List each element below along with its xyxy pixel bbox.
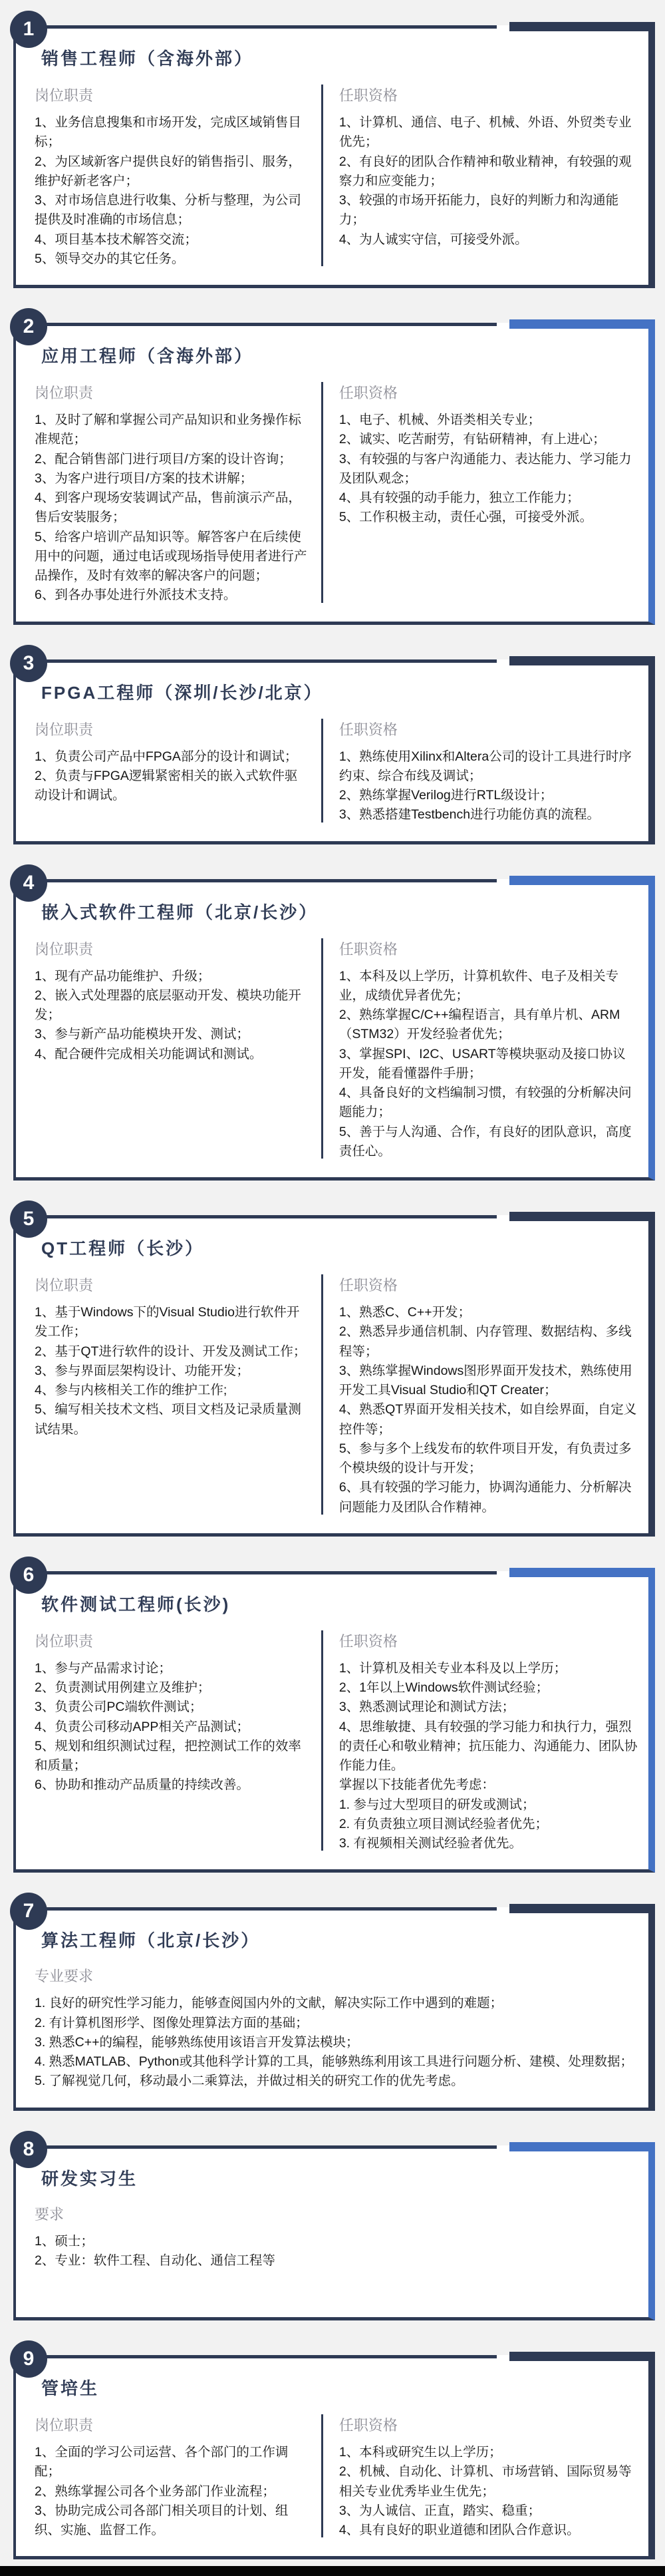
- list-item: 2、1年以上Windows软件测试经验；: [339, 1678, 638, 1698]
- list-item: 4. 熟悉MATLAB、Python或其他科学计算的工具，能够熟练利用该工具进行…: [35, 2052, 638, 2072]
- list-item: 4、参与内核相关工作的维护工作;: [35, 1381, 311, 1400]
- list-item: 4、熟悉QT界面开发相关技术，如自绘界面，自定义控件等；: [339, 1400, 638, 1439]
- job-number-badge: 7: [10, 1893, 47, 1930]
- list-item: 4、到客户现场安装调试产品，售前演示产品，售后安装服务；: [35, 488, 311, 528]
- list-item: 1、熟悉C、C++开发；: [339, 1303, 638, 1322]
- job-card-2: 2 应用工程师（含海外部） 岗位职责 1、及时了解和掌握公司产品知识和业务操作标…: [13, 323, 655, 625]
- duties-list: 1、全面的学习公司运营、各个部门的工作调配；2、熟练掌握公司各个业务部门作业流程…: [35, 2443, 311, 2540]
- list-item: 1. 良好的研究性学习能力，能够查阅国内外的文献，解决实际工作中遇到的难题；: [35, 1994, 638, 2013]
- duties-column: 岗位职责 1、参与产品需求讨论；2、负责测试用例建立及维护；3、负责公司PC端软…: [35, 1629, 321, 1854]
- list-item: 3、较强的市场开拓能力，良好的判断力和沟通能力；: [339, 191, 638, 230]
- list-item: 1、本科及以上学历，计算机软件、电子及相关专业，成绩优异者优先；: [339, 967, 638, 1006]
- column-header: 岗位职责: [35, 1630, 311, 1651]
- top-accent-bar: [509, 1212, 655, 1221]
- list-item: 3、熟悉搭建Testbench进行功能仿真的流程。: [339, 805, 638, 825]
- list-item: 4、思维敏捷、具有较强的学习能力和执行力，强烈的责任心和敬业精神；抗压能力、沟通…: [339, 1718, 638, 1776]
- list-item: 2、配合销售部门进行项目/方案的设计咨询；: [35, 450, 311, 469]
- job-card-7: 7 算法工程师（北京/长沙） 专业要求 1. 良好的研究性学习能力，能够查阅国内…: [13, 1907, 655, 2110]
- job-card-8: 8 研发实习生 要求 1、硕士；2、专业：软件工程、自动化、通信工程等: [13, 2145, 655, 2321]
- qualifications-list: 1、本科或研究生以上学历；2、机械、自动化、计算机、市场营销、国际贸易等相关专业…: [339, 2443, 638, 2540]
- list-item: 2. 有计算机图形学、图像处理算法方面的基础；: [35, 2014, 638, 2033]
- qualifications-list: 1、熟练使用Xilinx和Altera公司的设计工具进行时序约束、综合布线及调试…: [339, 747, 638, 825]
- job-title: 管培生: [41, 2375, 638, 2400]
- list-item: 2、负责测试用例建立及维护；: [35, 1678, 311, 1698]
- list-item: 1、电子、机械、外语类相关专业；: [339, 411, 638, 430]
- job-card-4: 4 嵌入式软件工程师（北京/长沙） 岗位职责 1、现有产品功能维护、升级；2、嵌…: [13, 879, 655, 1181]
- job-number-badge: 1: [10, 11, 47, 48]
- column-header: 岗位职责: [35, 1274, 311, 1295]
- list-item: 4、为人诚实守信，可接受外派。: [339, 230, 638, 250]
- job-body: 岗位职责 1、全面的学习公司运营、各个部门的工作调配；2、熟练掌握公司各个业务部…: [35, 2413, 638, 2540]
- requirements-list: 1. 良好的研究性学习能力，能够查阅国内外的文献，解决实际工作中遇到的难题；2.…: [35, 1994, 638, 2091]
- list-item: 4、具有较强的动手能力，独立工作能力；: [339, 488, 638, 508]
- list-item: 2. 有负责独立项目测试经验者优先；: [339, 1815, 638, 1834]
- list-item: 5、工作积极主动，责任心强，可接受外派。: [339, 508, 638, 527]
- job-number-badge: 6: [10, 1557, 47, 1594]
- list-item: 4、具有良好的职业道德和团队合作意识。: [339, 2521, 638, 2540]
- column-header: 任职资格: [339, 1274, 638, 1295]
- qualifications-column: 任职资格 1、熟悉C、C++开发；2、熟悉异步通信机制、内存管理、数据结构、多线…: [323, 1273, 638, 1517]
- top-accent-bar: [509, 1904, 655, 1913]
- list-item: 4、配合硬件完成相关功能调试和测试。: [35, 1045, 311, 1064]
- list-item: 1、业务信息搜集和市场开发，完成区域销售目标；: [35, 113, 311, 152]
- list-item: 6、协助和推动产品质量的持续改善。: [35, 1775, 311, 1795]
- job-title: 算法工程师（北京/长沙）: [41, 1927, 638, 1952]
- list-item: 4、负责公司移动APP相关产品测试；: [35, 1718, 311, 1737]
- job-title: 销售工程师（含海外部）: [41, 45, 638, 70]
- qualifications-list: 1、计算机、通信、电子、机械、外语、外贸类专业优先；2、有良好的团队合作精神和敬…: [339, 113, 638, 250]
- duties-column: 岗位职责 1、全面的学习公司运营、各个部门的工作调配；2、熟练掌握公司各个业务部…: [35, 2413, 321, 2540]
- column-header: 岗位职责: [35, 85, 311, 105]
- qualifications-column: 任职资格 1、熟练使用Xilinx和Altera公司的设计工具进行时序约束、综合…: [323, 717, 638, 825]
- job-card-1: 1 销售工程师（含海外部） 岗位职责 1、业务信息搜集和市场开发，完成区域销售目…: [13, 25, 655, 288]
- column-header: 岗位职责: [35, 382, 311, 403]
- column-header: 任职资格: [339, 719, 638, 739]
- list-item: 3. 有视频相关测试经验者优先。: [339, 1834, 638, 1853]
- job-number-badge: 9: [10, 2340, 47, 2378]
- list-item: 3、参与新产品功能模块开发、测试；: [35, 1025, 311, 1044]
- list-item: 1、及时了解和掌握公司产品知识和业务操作标准规范；: [35, 411, 311, 450]
- list-item: 2、有良好的团队合作精神和敬业精神，有较强的观察力和应变能力；: [339, 152, 638, 192]
- job-body: 岗位职责 1、业务信息搜集和市场开发，完成区域销售目标；2、为区域新客户提供良好…: [35, 83, 638, 269]
- list-item: 2、基于QT进行软件的设计、开发及测试工作；: [35, 1342, 311, 1362]
- job-number-badge: 4: [10, 864, 47, 902]
- column-header: 任职资格: [339, 2414, 638, 2435]
- duties-list: 1、负责公司产品中FPGA部分的设计和调试；2、负责与FPGA逻辑紧密相关的嵌入…: [35, 747, 311, 806]
- job-body: 岗位职责 1、参与产品需求讨论；2、负责测试用例建立及维护；3、负责公司PC端软…: [35, 1629, 638, 1854]
- job-card-3: 3 FPGA工程师（深圳/长沙/北京） 岗位职责 1、负责公司产品中FPGA部分…: [13, 659, 655, 844]
- duties-list: 1、业务信息搜集和市场开发，完成区域销售目标；2、为区域新客户提供良好的销售指引…: [35, 113, 311, 269]
- top-accent-bar: [509, 876, 655, 885]
- list-item: 2、熟练掌握C/C++编程语言，具有单片机、ARM（STM32）开发经验者优先；: [339, 1006, 638, 1045]
- job-body: 岗位职责 1、及时了解和掌握公司产品知识和业务操作标准规范；2、配合销售部门进行…: [35, 381, 638, 606]
- list-item: 5、编写相关技术文档、项目文档及记录质量测试结果。: [35, 1400, 311, 1439]
- job-number-badge: 5: [10, 1200, 47, 1238]
- top-accent-bar: [509, 656, 655, 665]
- list-item: 3、有较强的与客户沟通能力、表达能力、学习能力及团队观念；: [339, 450, 638, 489]
- duties-column: 岗位职责 1、及时了解和掌握公司产品知识和业务操作标准规范；2、配合销售部门进行…: [35, 381, 321, 606]
- list-item: 1、负责公司产品中FPGA部分的设计和调试；: [35, 747, 311, 767]
- list-item: 1、现有产品功能维护、升级；: [35, 967, 311, 986]
- duties-list: 1、基于Windows下的Visual Studio进行软件开发工作；2、基于Q…: [35, 1303, 311, 1439]
- job-body: 岗位职责 1、现有产品功能维护、升级；2、嵌入式处理器的底层驱动开发、模块功能开…: [35, 937, 638, 1162]
- job-body: 岗位职责 1、基于Windows下的Visual Studio进行软件开发工作；…: [35, 1273, 638, 1517]
- column-header: 岗位职责: [35, 719, 311, 739]
- job-title: 嵌入式软件工程师（北京/长沙）: [41, 899, 638, 924]
- requirements-list: 1、硕士；2、专业：软件工程、自动化、通信工程等: [35, 2232, 638, 2271]
- list-item: 2、负责与FPGA逻辑紧密相关的嵌入式软件驱动设计和调试。: [35, 767, 311, 806]
- duties-list: 1、及时了解和掌握公司产品知识和业务操作标准规范；2、配合销售部门进行项目/方案…: [35, 411, 311, 606]
- duties-column: 岗位职责 1、基于Windows下的Visual Studio进行软件开发工作；…: [35, 1273, 321, 1517]
- list-item: 5、给客户培训产品知识等。解答客户在后续使用中的问题，通过电话或现场指导使用者进…: [35, 528, 311, 586]
- list-item: 3. 熟悉C++的编程，能够熟练使用该语言开发算法模块；: [35, 2033, 638, 2052]
- list-item: 5. 了解视觉几何，移动最小二乘算法，并做过相关的研究工作的优先考虑。: [35, 2072, 638, 2091]
- list-item: 1、全面的学习公司运营、各个部门的工作调配；: [35, 2443, 311, 2482]
- job-title: FPGA工程师（深圳/长沙/北京）: [41, 679, 638, 704]
- list-item: 2、专业：软件工程、自动化、通信工程等: [35, 2251, 638, 2271]
- requirements-column: 专业要求 1. 良好的研究性学习能力，能够查阅国内外的文献，解决实际工作中遇到的…: [35, 1965, 638, 2091]
- list-item: 2、熟练掌握公司各个业务部门作业流程；: [35, 2482, 311, 2501]
- qualifications-column: 任职资格 1、计算机及相关专业本科及以上学历；2、1年以上Windows软件测试…: [323, 1629, 638, 1854]
- job-title: 研发实习生: [41, 2165, 638, 2190]
- qualifications-list: 1、电子、机械、外语类相关专业；2、诚实、吃苦耐劳，有钻研精神，有上进心；3、有…: [339, 411, 638, 528]
- list-item: 2、熟练掌握Verilog进行RTL级设计；: [339, 786, 638, 805]
- column-header: 岗位职责: [35, 938, 311, 959]
- list-item: 4、具备良好的文档编制习惯，有较强的分析解决问题能力；: [339, 1083, 638, 1123]
- list-item: 1、计算机及相关专业本科及以上学历；: [339, 1659, 638, 1678]
- list-item: 1、本科或研究生以上学历；: [339, 2443, 638, 2462]
- top-accent-bar: [509, 2352, 655, 2361]
- list-item: 6、具有较强的学习能力，协调沟通能力、分析解决问题能力及团队合作精神。: [339, 1478, 638, 1517]
- column-header: 任职资格: [339, 938, 638, 959]
- list-item: 6、到各办事处进行外派技术支持。: [35, 586, 311, 605]
- list-item: 1、基于Windows下的Visual Studio进行软件开发工作；: [35, 1303, 311, 1342]
- duties-list: 1、参与产品需求讨论；2、负责测试用例建立及维护；3、负责公司PC端软件测试；4…: [35, 1659, 311, 1795]
- job-title: 软件测试工程师(长沙): [41, 1591, 638, 1616]
- column-header: 任职资格: [339, 1630, 638, 1651]
- column-header: 要求: [35, 2203, 638, 2224]
- list-item: 掌握以下技能者优先考虑：: [339, 1775, 638, 1795]
- qualifications-list: 1、计算机及相关专业本科及以上学历；2、1年以上Windows软件测试经验；3、…: [339, 1659, 638, 1854]
- list-item: 4、项目基本技术解答交流；: [35, 230, 311, 250]
- list-item: 1、参与产品需求讨论；: [35, 1659, 311, 1678]
- duties-column: 岗位职责 1、业务信息搜集和市场开发，完成区域销售目标；2、为区域新客户提供良好…: [35, 83, 321, 269]
- list-item: 5、领导交办的其它任务。: [35, 250, 311, 269]
- job-body: 专业要求 1. 良好的研究性学习能力，能够查阅国内外的文献，解决实际工作中遇到的…: [35, 1965, 638, 2091]
- list-item: 3、熟悉测试理论和测试方法；: [339, 1698, 638, 1717]
- list-item: 2、诚实、吃苦耐劳，有钻研精神，有上进心；: [339, 430, 638, 449]
- requirements-column: 要求 1、硕士；2、专业：软件工程、自动化、通信工程等: [35, 2203, 638, 2271]
- top-accent-bar: [509, 22, 655, 31]
- duties-column: 岗位职责 1、现有产品功能维护、升级；2、嵌入式处理器的底层驱动开发、模块功能开…: [35, 937, 321, 1162]
- top-accent-bar: [509, 2142, 655, 2151]
- job-body: 岗位职责 1、负责公司产品中FPGA部分的设计和调试；2、负责与FPGA逻辑紧密…: [35, 717, 638, 825]
- list-item: 3、负责公司PC端软件测试；: [35, 1698, 311, 1717]
- list-item: 2、嵌入式处理器的底层驱动开发、模块功能开发；: [35, 986, 311, 1025]
- column-header: 岗位职责: [35, 2414, 311, 2435]
- list-item: 1. 参与过大型项目的研发或测试；: [339, 1795, 638, 1815]
- list-item: 2、机械、自动化、计算机、市场营销、国际贸易等相关专业优秀毕业生优先；: [339, 2462, 638, 2501]
- list-item: 1、计算机、通信、电子、机械、外语、外贸类专业优先；: [339, 113, 638, 152]
- job-number-badge: 3: [10, 645, 47, 682]
- job-title: QT工程师（长沙）: [41, 1235, 638, 1260]
- list-item: 1、硕士；: [35, 2232, 638, 2251]
- list-item: 2、熟悉异步通信机制、内存管理、数据结构、多线程等；: [339, 1322, 638, 1362]
- duties-list: 1、现有产品功能维护、升级；2、嵌入式处理器的底层驱动开发、模块功能开发；3、参…: [35, 967, 311, 1064]
- qualifications-list: 1、本科及以上学历，计算机软件、电子及相关专业，成绩优异者优先；2、熟练掌握C/…: [339, 967, 638, 1162]
- list-item: 3、为人诚信、正直，踏实、稳重；: [339, 2501, 638, 2521]
- column-header: 专业要求: [35, 1965, 638, 1986]
- list-item: 1、熟练使用Xilinx和Altera公司的设计工具进行时序约束、综合布线及调试…: [339, 747, 638, 787]
- list-item: 3、熟练掌握Windows图形界面开发技术，熟练使用开发工具Visual Stu…: [339, 1362, 638, 1401]
- top-accent-bar: [509, 1568, 655, 1577]
- list-item: 5、参与多个上线发布的软件项目开发，有负责过多个模块级的设计与开发；: [339, 1439, 638, 1479]
- job-card-5: 5 QT工程师（长沙） 岗位职责 1、基于Windows下的Visual Stu…: [13, 1215, 655, 1537]
- list-item: 3、对市场信息进行收集、分析与整理，为公司提供及时准确的市场信息；: [35, 191, 311, 230]
- column-header: 任职资格: [339, 85, 638, 105]
- job-card-9: 9 管培生 岗位职责 1、全面的学习公司运营、各个部门的工作调配；2、熟练掌握公…: [13, 2355, 655, 2559]
- qualifications-column: 任职资格 1、本科及以上学历，计算机软件、电子及相关专业，成绩优异者优先；2、熟…: [323, 937, 638, 1162]
- top-accent-bar: [509, 319, 655, 329]
- list-item: 3、掌握SPI、I2C、USART等模块驱动及接口协议开发，能看懂器件手册；: [339, 1045, 638, 1084]
- qualifications-list: 1、熟悉C、C++开发；2、熟悉异步通信机制、内存管理、数据结构、多线程等；3、…: [339, 1303, 638, 1517]
- recruitment-poster: 1 销售工程师（含海外部） 岗位职责 1、业务信息搜集和市场开发，完成区域销售目…: [0, 0, 665, 2576]
- list-item: 3、为客户进行项目/方案的技术讲解；: [35, 469, 311, 488]
- qualifications-column: 任职资格 1、本科或研究生以上学历；2、机械、自动化、计算机、市场营销、国际贸易…: [323, 2413, 638, 2540]
- qualifications-column: 任职资格 1、计算机、通信、电子、机械、外语、外贸类专业优先；2、有良好的团队合…: [323, 83, 638, 269]
- list-item: 5、善于与人沟通、合作，有良好的团队意识，高度责任心。: [339, 1123, 638, 1162]
- job-number-badge: 2: [10, 308, 47, 345]
- list-item: 2、为区域新客户提供良好的销售指引、服务，维护好新老客户；: [35, 152, 311, 192]
- list-item: 5、规划和组织测试过程，把控测试工作的效率和质量；: [35, 1737, 311, 1776]
- list-item: 3、协助完成公司各部门相关项目的计划、组织、实施、监督工作。: [35, 2501, 311, 2541]
- qualifications-column: 任职资格 1、电子、机械、外语类相关专业；2、诚实、吃苦耐劳，有钻研精神，有上进…: [323, 381, 638, 606]
- column-header: 任职资格: [339, 382, 638, 403]
- footer-bar: [0, 2566, 665, 2576]
- duties-column: 岗位职责 1、负责公司产品中FPGA部分的设计和调试；2、负责与FPGA逻辑紧密…: [35, 717, 321, 825]
- job-number-badge: 8: [10, 2131, 47, 2168]
- job-body: 要求 1、硕士；2、专业：软件工程、自动化、通信工程等: [35, 2203, 638, 2271]
- job-title: 应用工程师（含海外部）: [41, 343, 638, 367]
- list-item: 3、参与界面层架构设计、功能开发；: [35, 1362, 311, 1381]
- job-card-6: 6 软件测试工程师(长沙) 岗位职责 1、参与产品需求讨论；2、负责测试用例建立…: [13, 1571, 655, 1873]
